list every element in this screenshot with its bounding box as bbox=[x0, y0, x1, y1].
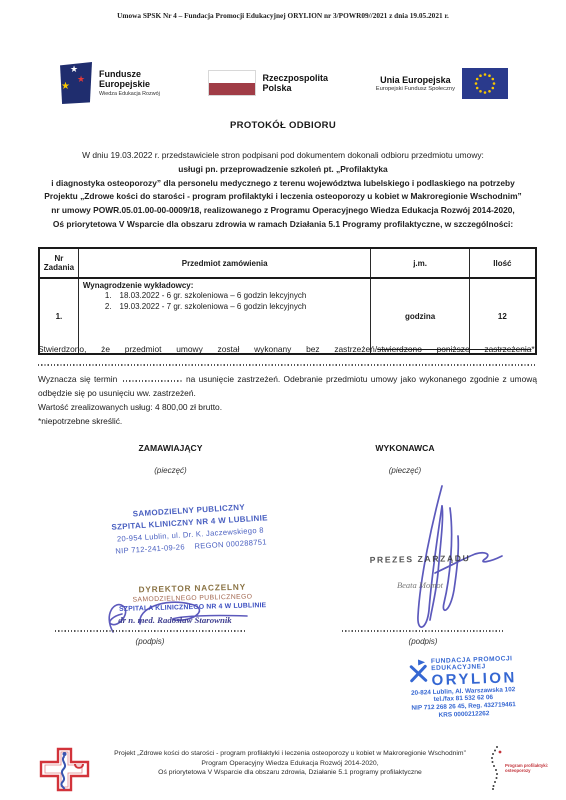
intro-bold-line: i diagnostyka osteoporozy” dla personelu… bbox=[30, 177, 536, 191]
footnote-line: *niepotrzebne skreślić. bbox=[38, 414, 537, 428]
rp-line2: Polska bbox=[263, 83, 329, 93]
wykonawca-signature-line bbox=[342, 630, 504, 632]
zamawiajacy-signature-line bbox=[55, 630, 245, 632]
hospital-stamp: SAMODZIELNY PUBLICZNY SZPITAL KLINICZNY … bbox=[75, 498, 306, 560]
table-header-row: Nr Zadania Przedmiot zamówienia j.m. Ilo… bbox=[39, 248, 536, 278]
order-subject-item: 1. 18.03.2022 - 6 gr. szkoleniowa – 6 go… bbox=[105, 290, 367, 301]
zamawiajacy-podpis-label: (podpis) bbox=[55, 637, 245, 646]
intro-bold-line: Projektu „Zdrowe kości do starości - pro… bbox=[30, 190, 536, 204]
footer-line3: Oś priorytetowa V Wsparcie dla obszaru z… bbox=[96, 768, 484, 778]
logo-fundusze-europejskie: ★ ★ ★ Fundusze Europejskie Wiedza Edukac… bbox=[58, 62, 160, 104]
fundusze-europejskie-flag-icon: ★ ★ ★ bbox=[58, 62, 92, 104]
blank-dotted-field bbox=[121, 375, 183, 382]
intro-bold-line: Oś priorytetowa V Wsparcie dla obszaru z… bbox=[30, 218, 536, 232]
spine-dots-icon bbox=[487, 744, 503, 792]
document-page: Umowa SPSK Nr 4 – Fundacja Promocji Eduk… bbox=[0, 0, 566, 800]
intro-paragraph: W dniu 19.03.2022 r. przedstawiciele str… bbox=[30, 149, 536, 232]
cell-task-number: 1. bbox=[39, 278, 78, 354]
intro-bold-line: usługi pn. przeprowadzenie szkoleń pt. „… bbox=[30, 163, 536, 177]
yellow-star-icon: ★ bbox=[61, 82, 70, 92]
zamawiajacy-heading: ZAMAWIAJĄCY bbox=[38, 443, 303, 453]
value-line: Wartość zrealizowanych usług: 4 800,00 z… bbox=[38, 400, 537, 414]
fe-line1: Fundusze bbox=[99, 69, 160, 79]
order-subject-item: 2. 19.03.2022 - 7 gr. szkoleniowa – 6 go… bbox=[105, 301, 367, 312]
red-star-icon: ★ bbox=[77, 75, 85, 84]
table-row: 1. Wynagrodzenie wykładowcy: 1. 18.03.20… bbox=[39, 278, 536, 354]
struck-text: stwierdzono poniższe zastrzeżenia bbox=[377, 344, 531, 354]
osteoporosis-program-logo: Program profilaktyki: osteoporozy bbox=[487, 744, 557, 792]
term-sentence: Wyznacza się termin na usunięcie zastrze… bbox=[38, 372, 537, 400]
acceptance-statement: Stwierdzono, że przedmiot umowy został w… bbox=[38, 344, 537, 354]
zamawiajacy-signer-name: dr n. med. Radosław Starownik bbox=[60, 615, 290, 625]
poland-flag-icon bbox=[208, 70, 256, 96]
contract-header-note: Umowa SPSK Nr 4 – Fundacja Promocji Eduk… bbox=[0, 11, 566, 20]
wykonawca-podpis-label: (podpis) bbox=[342, 637, 504, 646]
white-star-icon: ★ bbox=[70, 65, 78, 74]
wykonawca-pieczec-label: (pieczęć) bbox=[300, 466, 510, 475]
logo-unia-europejska: Unia Europejska Europejski Fundusz Społe… bbox=[376, 68, 508, 99]
header-ilosc: Ilość bbox=[469, 248, 536, 278]
header-przedmiot: Przedmiot zamówienia bbox=[78, 248, 371, 278]
footer-project-text: Projekt „Zdrowe kości do starości - prog… bbox=[96, 749, 484, 778]
header-nr-zadania: Nr Zadania bbox=[39, 248, 78, 278]
cell-quantity: 12 bbox=[469, 278, 536, 354]
order-items-table: Nr Zadania Przedmiot zamówienia j.m. Ilo… bbox=[38, 247, 537, 355]
orylion-logo-icon bbox=[408, 658, 429, 685]
intro-line: W dniu 19.03.2022 r. przedstawiciele str… bbox=[30, 149, 536, 163]
cell-order-subject: Wynagrodzenie wykładowcy: 1. 18.03.2022 … bbox=[78, 278, 371, 354]
ue-subtitle: Europejski Fundusz Społeczny bbox=[376, 86, 455, 92]
ue-line1: Unia Europejska bbox=[376, 75, 455, 85]
dotted-fill-line bbox=[38, 364, 537, 366]
fundusze-europejskie-text: Fundusze Europejskie Wiedza Edukacja Roz… bbox=[99, 69, 160, 97]
orylion-foundation-stamp: FUNDACJA PROMOCJI EDUKACYJNEJ ORYLION 20… bbox=[365, 654, 561, 722]
logo-rzeczpospolita-polska: Rzeczpospolita Polska bbox=[208, 70, 329, 96]
hospital-cross-logo-icon bbox=[36, 746, 94, 796]
wykonawca-heading: WYKONAWCA bbox=[300, 443, 510, 453]
ue-text: Unia Europejska Europejski Fundusz Społe… bbox=[376, 75, 455, 92]
header-jm: j.m. bbox=[371, 248, 469, 278]
cell-unit: godzina bbox=[371, 278, 469, 354]
intro-bold-line: nr umowy POWR.05.01.00-00-0009/18, reali… bbox=[30, 204, 536, 218]
orylion-name: ORYLION bbox=[431, 670, 517, 688]
order-subject-title: Wynagrodzenie wykładowcy: bbox=[83, 281, 367, 290]
rp-line1: Rzeczpospolita bbox=[263, 73, 329, 83]
footer-line2: Program Operacyjny Wiedza Edukacja Rozwó… bbox=[96, 759, 484, 769]
program-logo-line2: osteoporozy bbox=[505, 768, 548, 773]
zamawiajacy-pieczec-label: (pieczęć) bbox=[38, 466, 303, 475]
fe-line2: Europejskie bbox=[99, 79, 160, 89]
eu-flag-icon bbox=[462, 68, 508, 99]
logos-row: ★ ★ ★ Fundusze Europejskie Wiedza Edukac… bbox=[58, 54, 508, 112]
rp-text: Rzeczpospolita Polska bbox=[263, 73, 329, 93]
page-title: PROTOKÓŁ ODBIORU bbox=[0, 120, 566, 131]
wykonawca-signer-name: Beata Momot bbox=[358, 580, 482, 590]
terms-paragraph: Wyznacza się termin na usunięcie zastrze… bbox=[38, 372, 537, 428]
footer-line1: Projekt „Zdrowe kości do starości - prog… bbox=[96, 749, 484, 759]
fe-subtitle: Wiedza Edukacja Rozwój bbox=[99, 91, 160, 97]
